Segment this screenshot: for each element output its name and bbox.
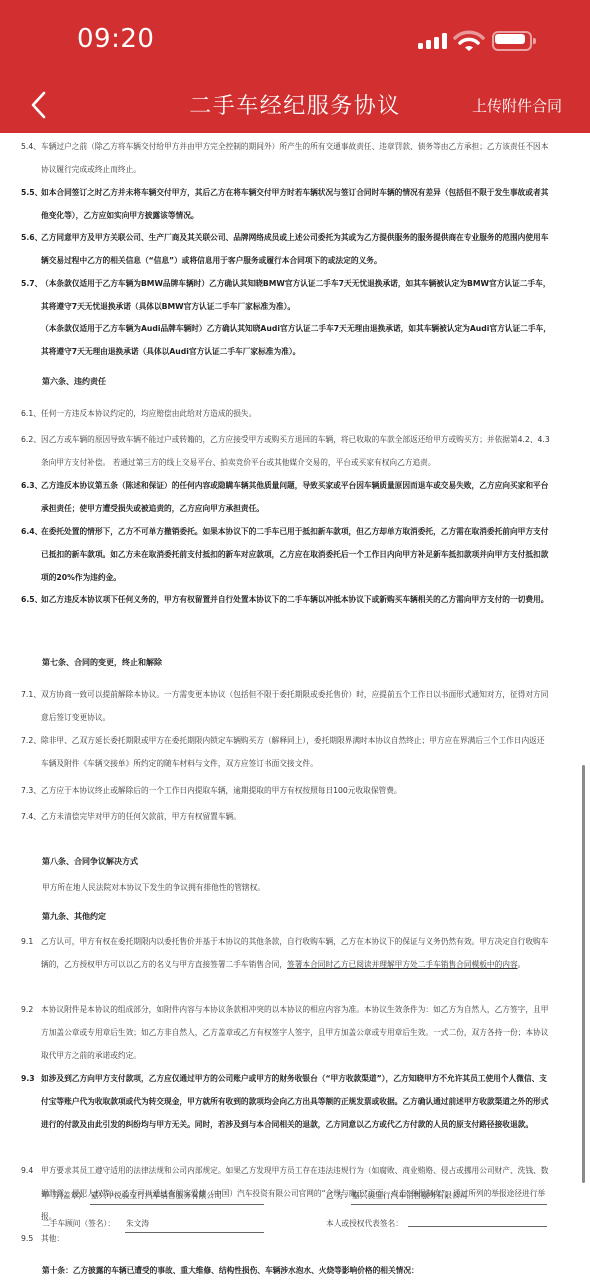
clause-5-6: 5.6、 乙方同意甲方及甲方关联公司、生产厂商及其关联公司、品牌网络成员或上述公… <box>21 226 551 272</box>
party-b-label: 乙 方： <box>326 1190 352 1201</box>
app-header: 09:20 二手车经纪服务协议 上传附件合同 <box>0 0 590 133</box>
clause-9-2: 9.2 本协议附件是本协议的组成部分，如附件内容与本协议条款相冲突的以本协议的相… <box>21 998 551 1067</box>
clause-7-1: 7.1、 双方协商一致可以提前解除本协议。一方需变更本协议（包括但不限于委托期限… <box>21 683 551 729</box>
status-time: 09:20 <box>77 24 154 54</box>
party-b-line <box>351 1204 547 1205</box>
advisor-line <box>125 1232 264 1233</box>
clause-9-3: 9.3 如涉及到乙方向甲方支付款项，乙方应仅通过甲方的公司账户或甲方的财务收银台… <box>21 1067 551 1136</box>
wifi-icon <box>453 30 485 52</box>
scrollbar[interactable] <box>582 765 585 1183</box>
advisor-value: 朱文涛 <box>126 1218 149 1229</box>
clause-6-3: 6.3、 乙方违反本协议第五条（陈述和保证）的任何内容或隐瞒车辆其他质量问题，导… <box>21 474 551 520</box>
clause-5-5: 5.5、 如本合同签订之时乙方并未将车辆交付甲方，其后乙方在将车辆交付甲方时若车… <box>21 181 551 227</box>
contract-document[interactable]: 5.4、 车辆过户之前（除乙方将车辆交付给甲方并由甲方完全控制的期间外）所产生的… <box>0 133 590 1280</box>
section-heading-9: 第九条、其他约定 <box>42 911 106 922</box>
clause-5-4: 5.4、 车辆过户之前（除乙方将车辆交付给甲方并由甲方完全控制的期间外）所产生的… <box>21 135 551 181</box>
party-a-value: 嘉兴中悦骏宝行汽车销售服务有限公司 <box>91 1190 222 1201</box>
clause-6-5: 6.5、 如乙方违反本协议项下任何义务的，甲方有权留置并自行处置本协议下的二手车… <box>21 588 551 611</box>
section-heading-7: 第七条、合同的变更，终止和解除 <box>42 657 162 668</box>
upload-attachment-button[interactable]: 上传附件合同 <box>472 95 562 116</box>
status-bar: 09:20 <box>0 0 590 80</box>
clause-6-4: 6.4、 在委托处置的情形下，乙方不可单方撤销委托。如果本协议下的二手车已用于抵… <box>21 520 551 589</box>
clause-5-7-audi: （本条款仅适用于乙方车辆为Audi品牌车辆时）乙方确认其知晓Audi官方认证二手… <box>21 317 551 363</box>
clause-5-7: 5.7、 （本条款仅适用于乙方车辆为BMW品牌车辆时）乙方确认其知晓BMW官方认… <box>21 272 551 318</box>
advisor-label: 二手车顾问（签名）： <box>42 1218 115 1229</box>
clause-9-5: 9.5 其他： <box>21 1227 551 1250</box>
clause-6-2: 6.2、 因乙方或车辆的原因导致车辆不能过户或转籍的，乙方应接受甲方或购买方退回… <box>21 428 551 474</box>
clause-9-1: 9.1 乙方认可，甲方有权在委托期限内以委托售价并基于本协议的其他条款，自行收购… <box>21 930 551 976</box>
section-heading-6: 第六条、违约责任 <box>42 376 106 387</box>
clause-7-3: 7.3、 乙方应于本协议终止或解除后的一个工作日内提取车辆，逾期提取的甲方有权按… <box>21 779 551 802</box>
rep-signature-line[interactable] <box>408 1226 547 1227</box>
party-a-label: 甲 方(盖章)： <box>42 1190 89 1201</box>
nav-bar: 二手车经纪服务协议 上传附件合同 <box>0 80 590 133</box>
party-b-value: 嘉兴骏宝行汽车销售服务有限公司 <box>352 1190 467 1201</box>
section-heading-8: 第八条、合同争议解决方式 <box>42 856 138 867</box>
clause-6-1: 6.1、 任何一方违反本协议约定的，均应赔偿由此给对方造成的损失。 <box>21 402 551 425</box>
clause-7-4: 7.4、 乙方未清偿完毕对甲方的任何欠款前，甲方有权留置车辆。 <box>21 805 551 828</box>
party-a-line <box>90 1204 264 1205</box>
underlined-notice: 签署本合同时乙方已阅读并理解甲方处二手车销售合同模板中的内容 <box>287 960 518 969</box>
signal-icon <box>418 33 448 49</box>
clause-7-2: 7.2、 除非甲、乙双方延长委托期限或甲方在委托期限内锁定车辆购买方（解释同上）… <box>21 729 551 775</box>
clause-8-text: 甲方所在地人民法院对本协议下发生的争议拥有排他性的管辖权。 <box>42 876 542 899</box>
rep-label: 本人或授权代表签名： <box>326 1218 403 1229</box>
section-heading-10: 第十条：乙方披露的车辆已遭受的事故、重大维修、结构性损伤、车辆涉水泡水、火烧等影… <box>42 1265 419 1276</box>
battery-icon <box>492 31 536 51</box>
